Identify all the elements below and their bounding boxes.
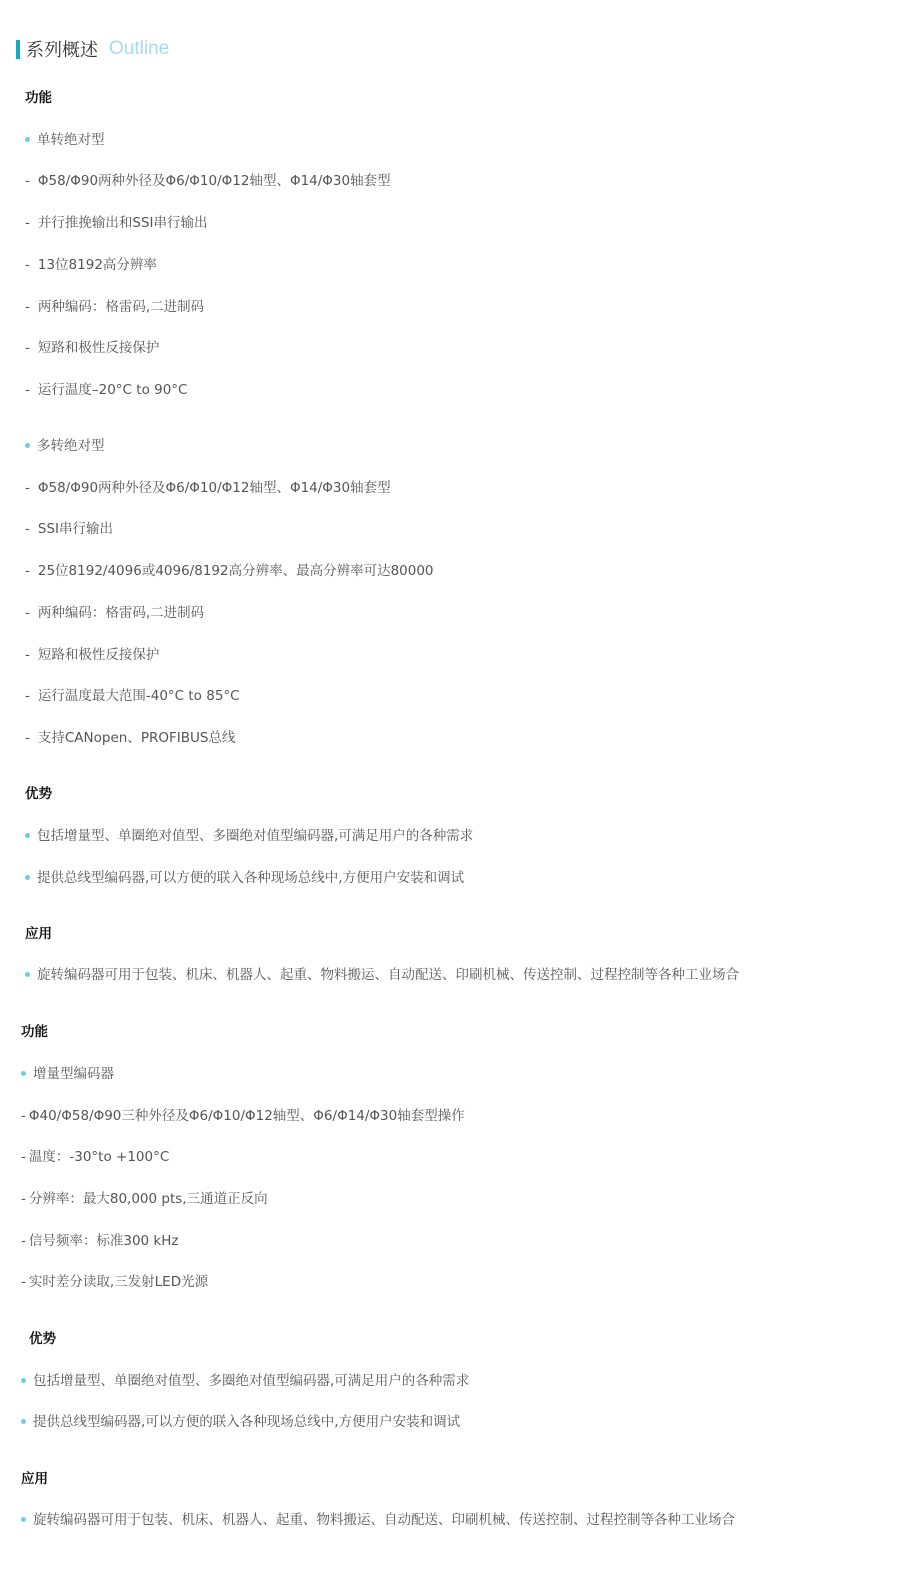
dash-icon: - (25, 604, 30, 622)
advantage-item: 提供总线型编码器,可以方便的联入各种现场总线中,方便用户安装和调试 (21, 1413, 460, 1431)
dash-icon: - (21, 1190, 26, 1208)
multi-turn-item: -支持CANopen、PROFIBUS总线 (25, 729, 235, 747)
dash-icon: - (25, 729, 30, 747)
page-title-chinese: 系列概述 (26, 36, 98, 62)
bullet-dot-icon (21, 1419, 26, 1424)
multi-turn-item: -运行温度最大范围-40°C to 85°C (25, 687, 240, 705)
dash-icon: - (25, 381, 30, 399)
bullet-dot-icon (21, 1071, 26, 1076)
incremental-item: -Φ40/Φ58/Φ90三种外径及Φ6/Φ10/Φ12轴型、Φ6/Φ14/Φ30… (21, 1107, 465, 1125)
title-accent-bar (16, 40, 20, 59)
dash-icon: - (21, 1232, 26, 1250)
application-item: 旋转编码器可用于包装、机床、机器人、起重、物料搬运、自动配送、印刷机械、传送控制… (25, 966, 739, 984)
dash-icon: - (25, 646, 30, 664)
multi-turn-item: -25位8192/4096或4096/8192高分辨率、最高分辨率可达80000 (25, 562, 434, 580)
section2-features-heading: 功能 (21, 1023, 48, 1041)
single-turn-item: -Φ58/Φ90两种外径及Φ6/Φ10/Φ12轴型、Φ14/Φ30轴套型 (25, 172, 391, 190)
advantage-item: 包括增量型、单圈绝对值型、多圈绝对值型编码器,可满足用户的各种需求 (21, 1372, 469, 1390)
multi-turn-label: 多转绝对型 (25, 437, 105, 455)
advantage-item: 提供总线型编码器,可以方便的联入各种现场总线中,方便用户安装和调试 (25, 869, 464, 887)
page-title-english: Outline (109, 38, 169, 60)
single-turn-item: -短路和极性反接保护 (25, 339, 159, 357)
section1-features-heading: 功能 (25, 89, 52, 107)
incremental-item: -温度：-30°to +100°C (21, 1148, 169, 1166)
multi-turn-item: -Φ58/Φ90两种外径及Φ6/Φ10/Φ12轴型、Φ14/Φ30轴套型 (25, 479, 391, 497)
single-turn-item: -两种编码：格雷码,二进制码 (25, 298, 204, 316)
bullet-dot-icon (25, 875, 30, 880)
incremental-item: -实时差分读取,三发射LED光源 (21, 1273, 208, 1291)
section1-applications-heading: 应用 (25, 925, 52, 943)
dash-icon: - (25, 562, 30, 580)
bullet-dot-icon (25, 972, 30, 977)
dash-icon: - (25, 520, 30, 538)
single-turn-item: -运行温度–20°C to 90°C (25, 381, 187, 399)
multi-turn-item: -两种编码：格雷码,二进制码 (25, 604, 204, 622)
section2-applications-heading: 应用 (21, 1470, 48, 1488)
bullet-dot-icon (25, 443, 30, 448)
incremental-label: 增量型编码器 (21, 1065, 114, 1083)
incremental-item: -分辨率：最大80,000 pts,三通道正反向 (21, 1190, 268, 1208)
incremental-item: -信号频率：标准300 kHz (21, 1232, 179, 1250)
dash-icon: - (25, 256, 30, 274)
bullet-dot-icon (21, 1378, 26, 1383)
bullet-dot-icon (21, 1517, 26, 1522)
bullet-dot-icon (25, 833, 30, 838)
dash-icon: - (25, 479, 30, 497)
advantage-item: 包括增量型、单圈绝对值型、多圈绝对值型编码器,可满足用户的各种需求 (25, 827, 473, 845)
dash-icon: - (25, 214, 30, 232)
application-item: 旋转编码器可用于包装、机床、机器人、起重、物料搬运、自动配送、印刷机械、传送控制… (21, 1511, 735, 1529)
dash-icon: - (21, 1107, 26, 1125)
bullet-dot-icon (25, 137, 30, 142)
dash-icon: - (21, 1273, 26, 1291)
single-turn-item: -13位8192高分辨率 (25, 256, 157, 274)
dash-icon: - (25, 172, 30, 190)
section1-advantages-heading: 优势 (25, 785, 52, 803)
page-title: 系列概述 Outline (16, 37, 169, 61)
section2-advantages-heading: 优势 (29, 1330, 56, 1348)
dash-icon: - (25, 339, 30, 357)
dash-icon: - (21, 1148, 26, 1166)
single-turn-item: -并行推挽输出和SSI串行输出 (25, 214, 208, 232)
multi-turn-item: -SSI串行输出 (25, 520, 113, 538)
dash-icon: - (25, 687, 30, 705)
dash-icon: - (25, 298, 30, 316)
multi-turn-item: -短路和极性反接保护 (25, 646, 159, 664)
single-turn-label: 单转绝对型 (25, 131, 105, 149)
